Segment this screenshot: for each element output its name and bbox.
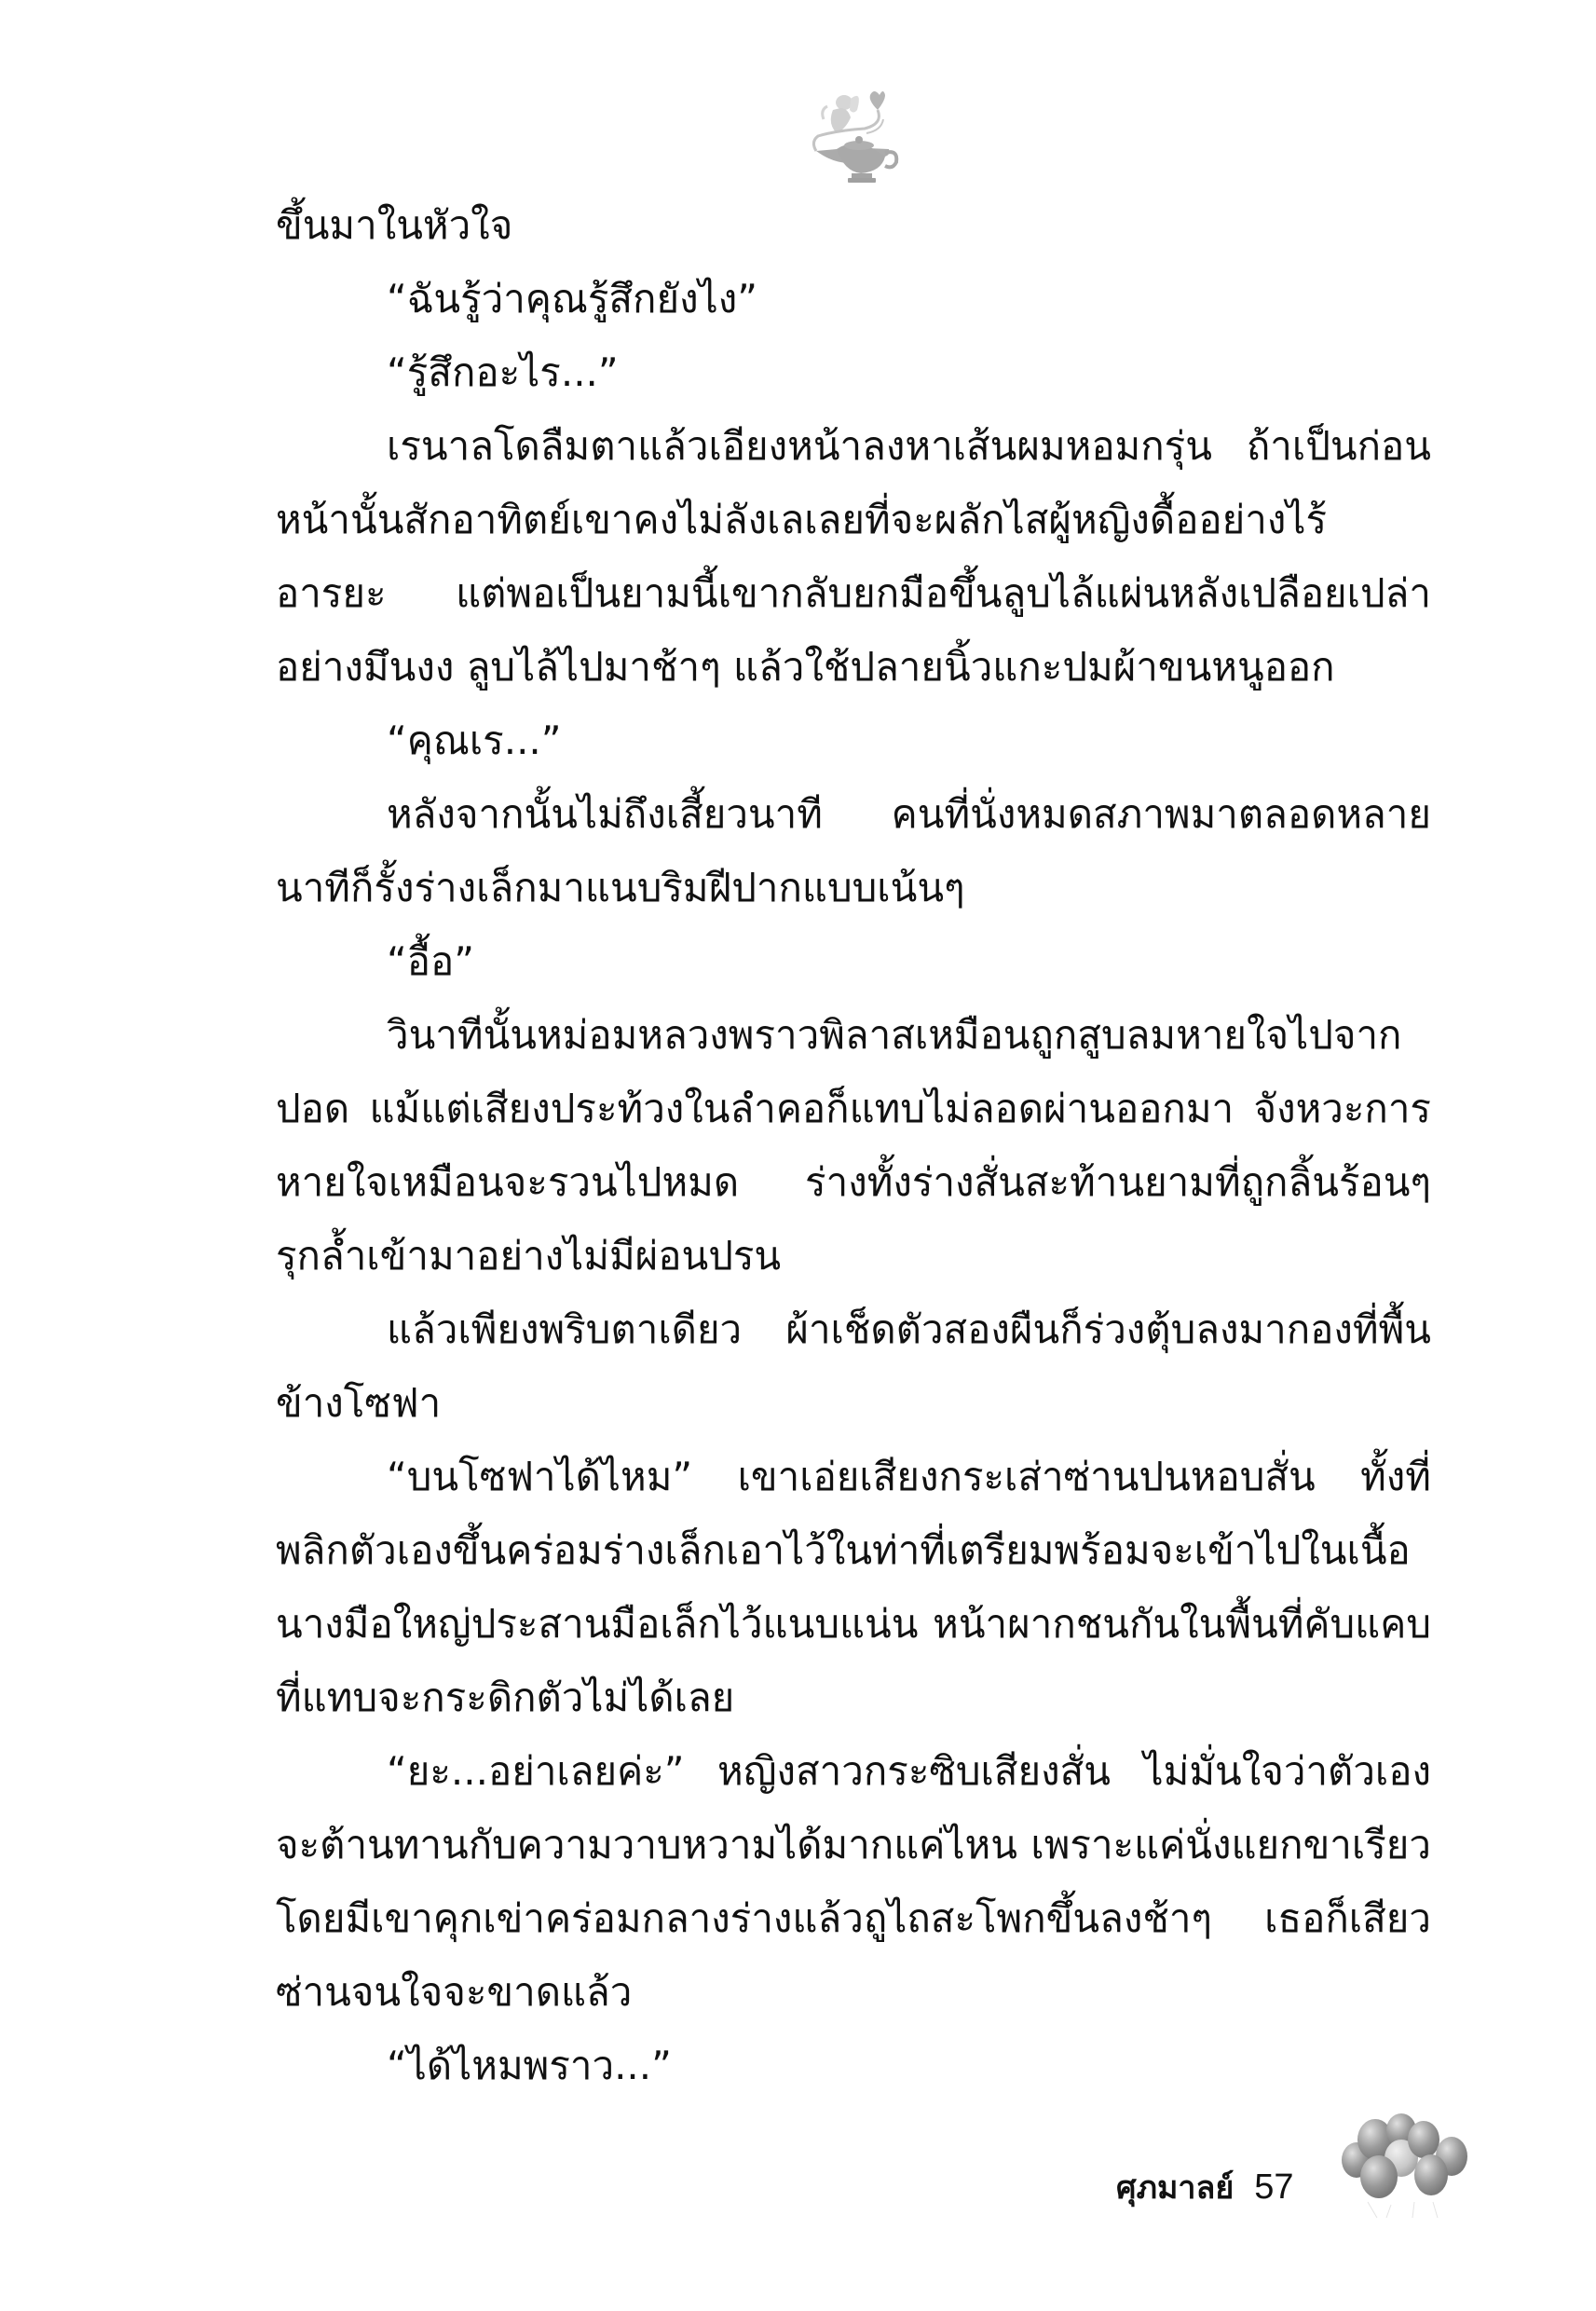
paragraph: แล้วเพียงพริบตาเดียว ผ้าเช็ดตัวสองผืนก็ร… [276, 1292, 1431, 1440]
paragraph-dialogue: “ฉันรู้ว่าคุณรู้สึกยังไง” [276, 262, 1431, 335]
page-number: 57 [1254, 2167, 1293, 2207]
book-page: ขึ้นมาในหัวใจ “ฉันรู้ว่าคุณรู้สึกยังไง” … [0, 0, 1596, 2311]
paragraph-dialogue: “คุณเร...” [276, 704, 1431, 777]
paragraph-dialogue: “รู้สึกอะไร...” [276, 335, 1431, 409]
paragraph: หลังจากนั้นไม่ถึงเสี้ยวนาที คนที่นั่งหมด… [276, 777, 1431, 924]
paragraph: ขึ้นมาในหัวใจ [276, 188, 1431, 262]
balloons-icon [1340, 2113, 1470, 2221]
genie-lamp-cupid-icon [799, 82, 907, 185]
page-footer: ศุภมาลย์57 [1116, 2165, 1294, 2210]
paragraph-dialogue: “ได้ไหมพราว...” [276, 2029, 1431, 2102]
paragraph: เรนาลโดลืมตาแล้วเอียงหน้าลงหาเส้นผมหอมกร… [276, 409, 1431, 704]
paragraph: “ยะ...อย่าเลยค่ะ” หญิงสาวกระซิบเสียงสั่น… [276, 1734, 1431, 2029]
author-name: ศุภมาลย์ [1116, 2169, 1234, 2207]
paragraph: “บนโซฟาได้ไหม” เขาเอ่ยเสียงกระเส่าซ่านปน… [276, 1440, 1431, 1734]
body-text: ขึ้นมาในหัวใจ “ฉันรู้ว่าคุณรู้สึกยังไง” … [276, 188, 1431, 2102]
paragraph: วินาทีนั้นหม่อมหลวงพราวพิลาสเหมือนถูกสูบ… [276, 998, 1431, 1292]
paragraph-dialogue: “อื้อ” [276, 924, 1431, 998]
